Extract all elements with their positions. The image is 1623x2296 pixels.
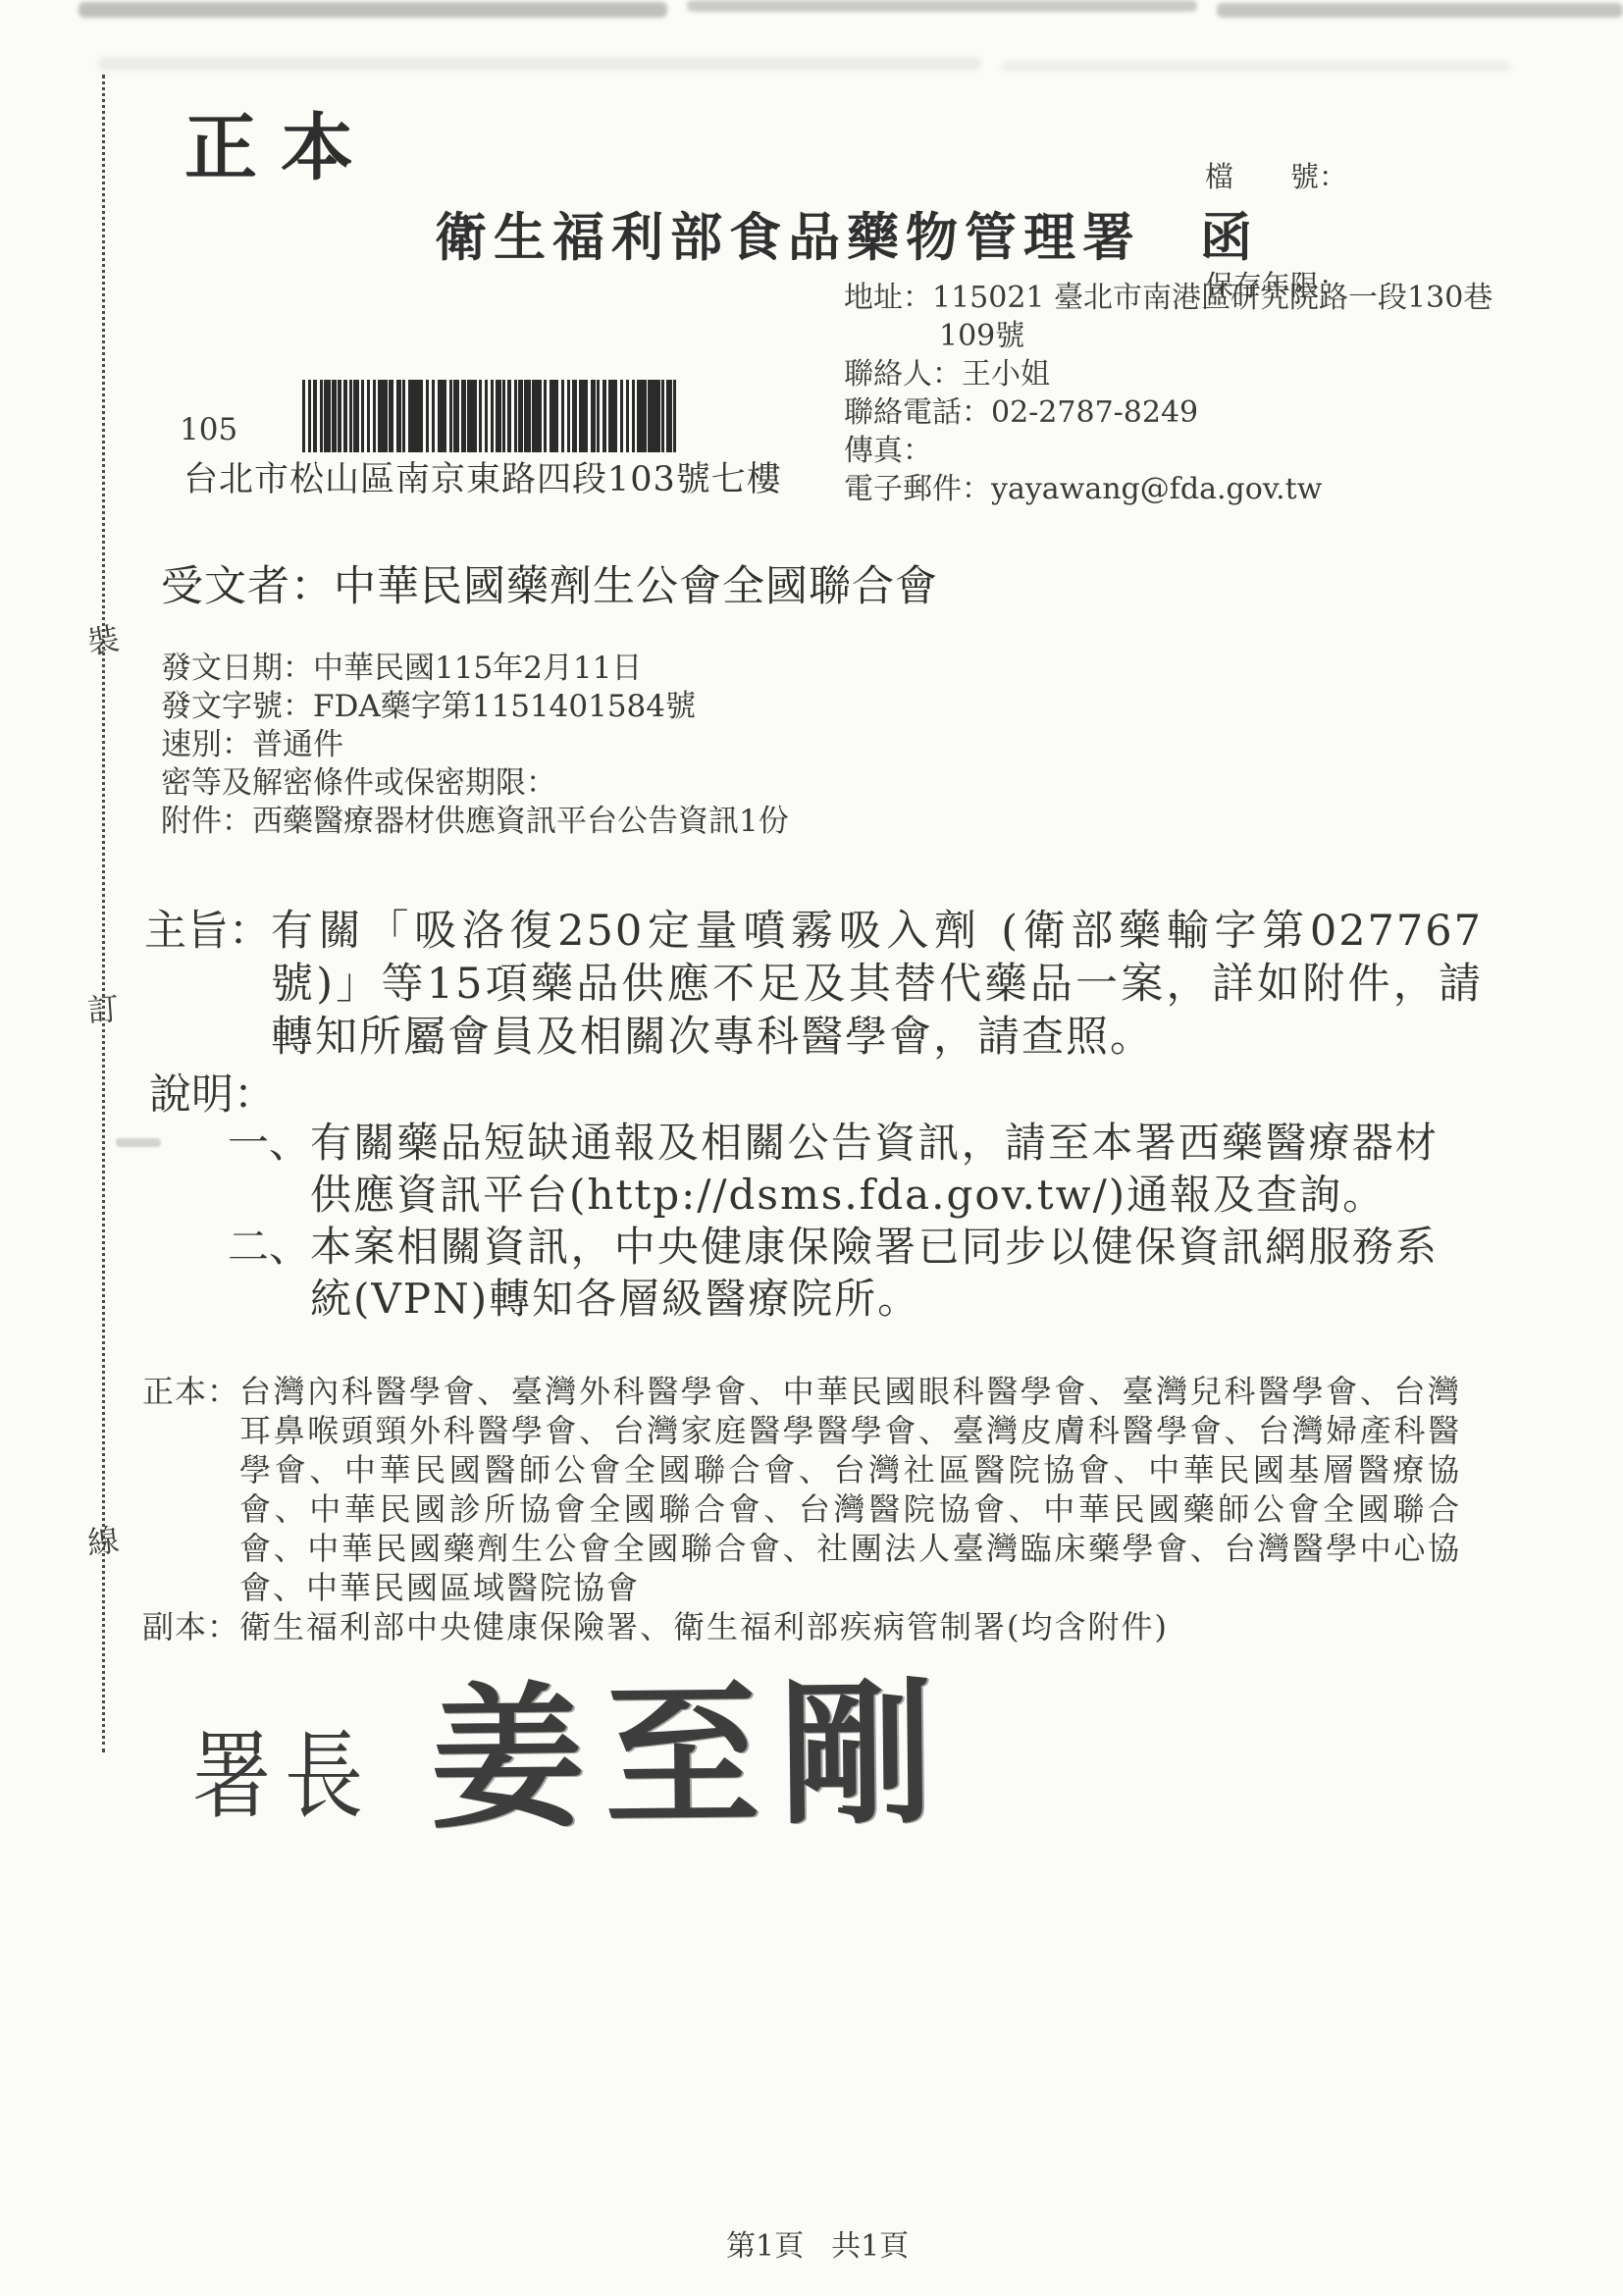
issue-date-label: 發文日期： — [161, 651, 313, 686]
scanned-official-letter: 裝 訂 線 正本 檔 號： 保存年限： 衛生福利部食品藥物管理署 函 地址：11… — [0, 0, 1623, 2296]
email-value: yayawang@fda.gov.tw — [991, 472, 1322, 506]
description-item-2-text: 本案相關資訊，中央健康保險署已同步以健保資訊網服務系統(VPN)轉知各層級醫療院… — [310, 1221, 1439, 1325]
address-value: 115021 臺北市南港區研究院路一段130巷 — [932, 281, 1492, 315]
original-recipients-label: 正本： — [142, 1372, 239, 1411]
scan-noise — [1217, 3, 1623, 18]
margin-mark-xian: 線 — [79, 1515, 128, 1564]
agency-contact-block: 地址：115021 臺北市南港區研究院路一段130巷 109號 聯絡人：王小姐 … — [844, 279, 1492, 508]
recipient-name: 中華民國藥劑生公會全國聯合會 — [334, 562, 938, 611]
description-item-2: 二、 本案相關資訊，中央健康保險署已同步以健保資訊網服務系統(VPN)轉知各層級… — [228, 1221, 1439, 1325]
page-footer: 第1頁共1頁 — [726, 2221, 909, 2265]
copy-stamp: 正本 — [184, 90, 377, 194]
subject-text: 有關「吸洛復250定量噴霧吸入劑 (衛部藥輸字第027767號)」等15項藥品供… — [271, 905, 1483, 1064]
scan-noise — [1001, 61, 1511, 72]
email-label: 電子郵件： — [844, 472, 991, 506]
original-recipients-list: 台灣內科醫學會、臺灣外科醫學會、中華民國眼科醫學會、臺灣兒科醫學會、台灣耳鼻喉頭… — [239, 1372, 1461, 1607]
file-number-label: 檔 號： — [1205, 159, 1347, 195]
doc-number-line: 發文字號：FDA藥字第1151401584號 — [161, 688, 789, 726]
recipient-line: 受文者：中華民國藥劑生公會全國聯合會 — [161, 553, 938, 613]
margin-mark-ding: 訂 — [79, 984, 126, 1032]
document-title: 衛生福利部食品藥物管理署 函 — [435, 196, 1259, 271]
description-item-2-number: 二、 — [228, 1221, 310, 1273]
page-number: 第1頁 — [726, 2229, 804, 2264]
classification-label: 密等及解密條件或保密期限： — [161, 765, 556, 801]
signer-title: 署長 — [192, 1699, 377, 1837]
contact-person-value: 王小姐 — [962, 357, 1050, 391]
distribution-block: 正本： 台灣內科醫學會、臺灣外科醫學會、中華民國眼科醫學會、臺灣兒科醫學會、台灣… — [142, 1372, 1461, 1646]
recipient-street-address: 台北市松山區南京東路四段103號七樓 — [183, 452, 782, 501]
margin-mark-zhuang: 裝 — [78, 613, 128, 665]
subject-section: 主旨： 有關「吸洛復250定量噴霧吸入劑 (衛部藥輸字第027767號)」等15… — [144, 905, 1483, 1064]
address-label: 地址： — [844, 281, 932, 315]
scan-smudge — [116, 1138, 161, 1147]
signer-name-calligraphy: 姜至剛 — [429, 1630, 955, 1858]
attachment-label: 附件： — [161, 804, 252, 839]
postal-code: 105 — [180, 412, 237, 447]
doc-number-label: 發文字號： — [161, 689, 313, 724]
attachment-value: 西藥醫療器材供應資訊平台公告資訊1份 — [252, 804, 789, 839]
phone-label: 聯絡電話： — [844, 395, 991, 430]
description-item-1-text: 有關藥品短缺通報及相關公告資訊，請至本署西藥醫療器材供應資訊平台(http://… — [310, 1117, 1439, 1221]
phone-value: 02-2787-8249 — [991, 395, 1198, 430]
attachment-line: 附件：西藥醫療器材供應資訊平台公告資訊1份 — [161, 803, 789, 841]
binding-dotted-line — [102, 75, 105, 1752]
priority-label: 速別： — [161, 727, 252, 762]
email-line: 電子郵件：yayawang@fda.gov.tw — [844, 470, 1492, 508]
document-meta-block: 發文日期：中華民國115年2月11日 發文字號：FDA藥字第1151401584… — [161, 650, 789, 841]
doc-number-value: FDA藥字第1151401584號 — [313, 689, 696, 724]
issue-date-line: 發文日期：中華民國115年2月11日 — [161, 650, 789, 688]
recipient-label: 受文者： — [161, 562, 334, 611]
copy-recipients-label: 副本： — [142, 1607, 239, 1646]
priority-line: 速別：普通件 — [161, 726, 789, 764]
description-item-1-number: 一、 — [228, 1117, 310, 1169]
classification-line: 密等及解密條件或保密期限： — [161, 764, 789, 803]
description-label: 說明： — [149, 1062, 276, 1122]
agency-address-line: 地址：115021 臺北市南港區研究院路一段130巷 — [844, 279, 1492, 317]
subject-label: 主旨： — [144, 905, 271, 958]
original-recipients-row: 正本： 台灣內科醫學會、臺灣外科醫學會、中華民國眼科醫學會、臺灣兒科醫學會、台灣… — [142, 1372, 1461, 1607]
fax-line: 傳真： — [844, 432, 1492, 470]
agency-address-line2: 109號 — [844, 317, 1492, 355]
contact-phone-line: 聯絡電話：02-2787-8249 — [844, 393, 1492, 432]
scan-noise — [79, 2, 667, 18]
description-item-1: 一、 有關藥品短缺通報及相關公告資訊，請至本署西藥醫療器材供應資訊平台(http… — [228, 1117, 1439, 1221]
barcode — [302, 380, 677, 452]
priority-value: 普通件 — [252, 727, 343, 762]
scan-noise — [98, 57, 981, 71]
scan-noise — [687, 0, 1197, 12]
contact-person-line: 聯絡人：王小姐 — [844, 355, 1492, 393]
contact-person-label: 聯絡人： — [844, 357, 962, 391]
page-total: 共1頁 — [831, 2229, 909, 2264]
fax-label: 傳真： — [844, 434, 932, 468]
issue-date-value: 中華民國115年2月11日 — [313, 651, 642, 686]
